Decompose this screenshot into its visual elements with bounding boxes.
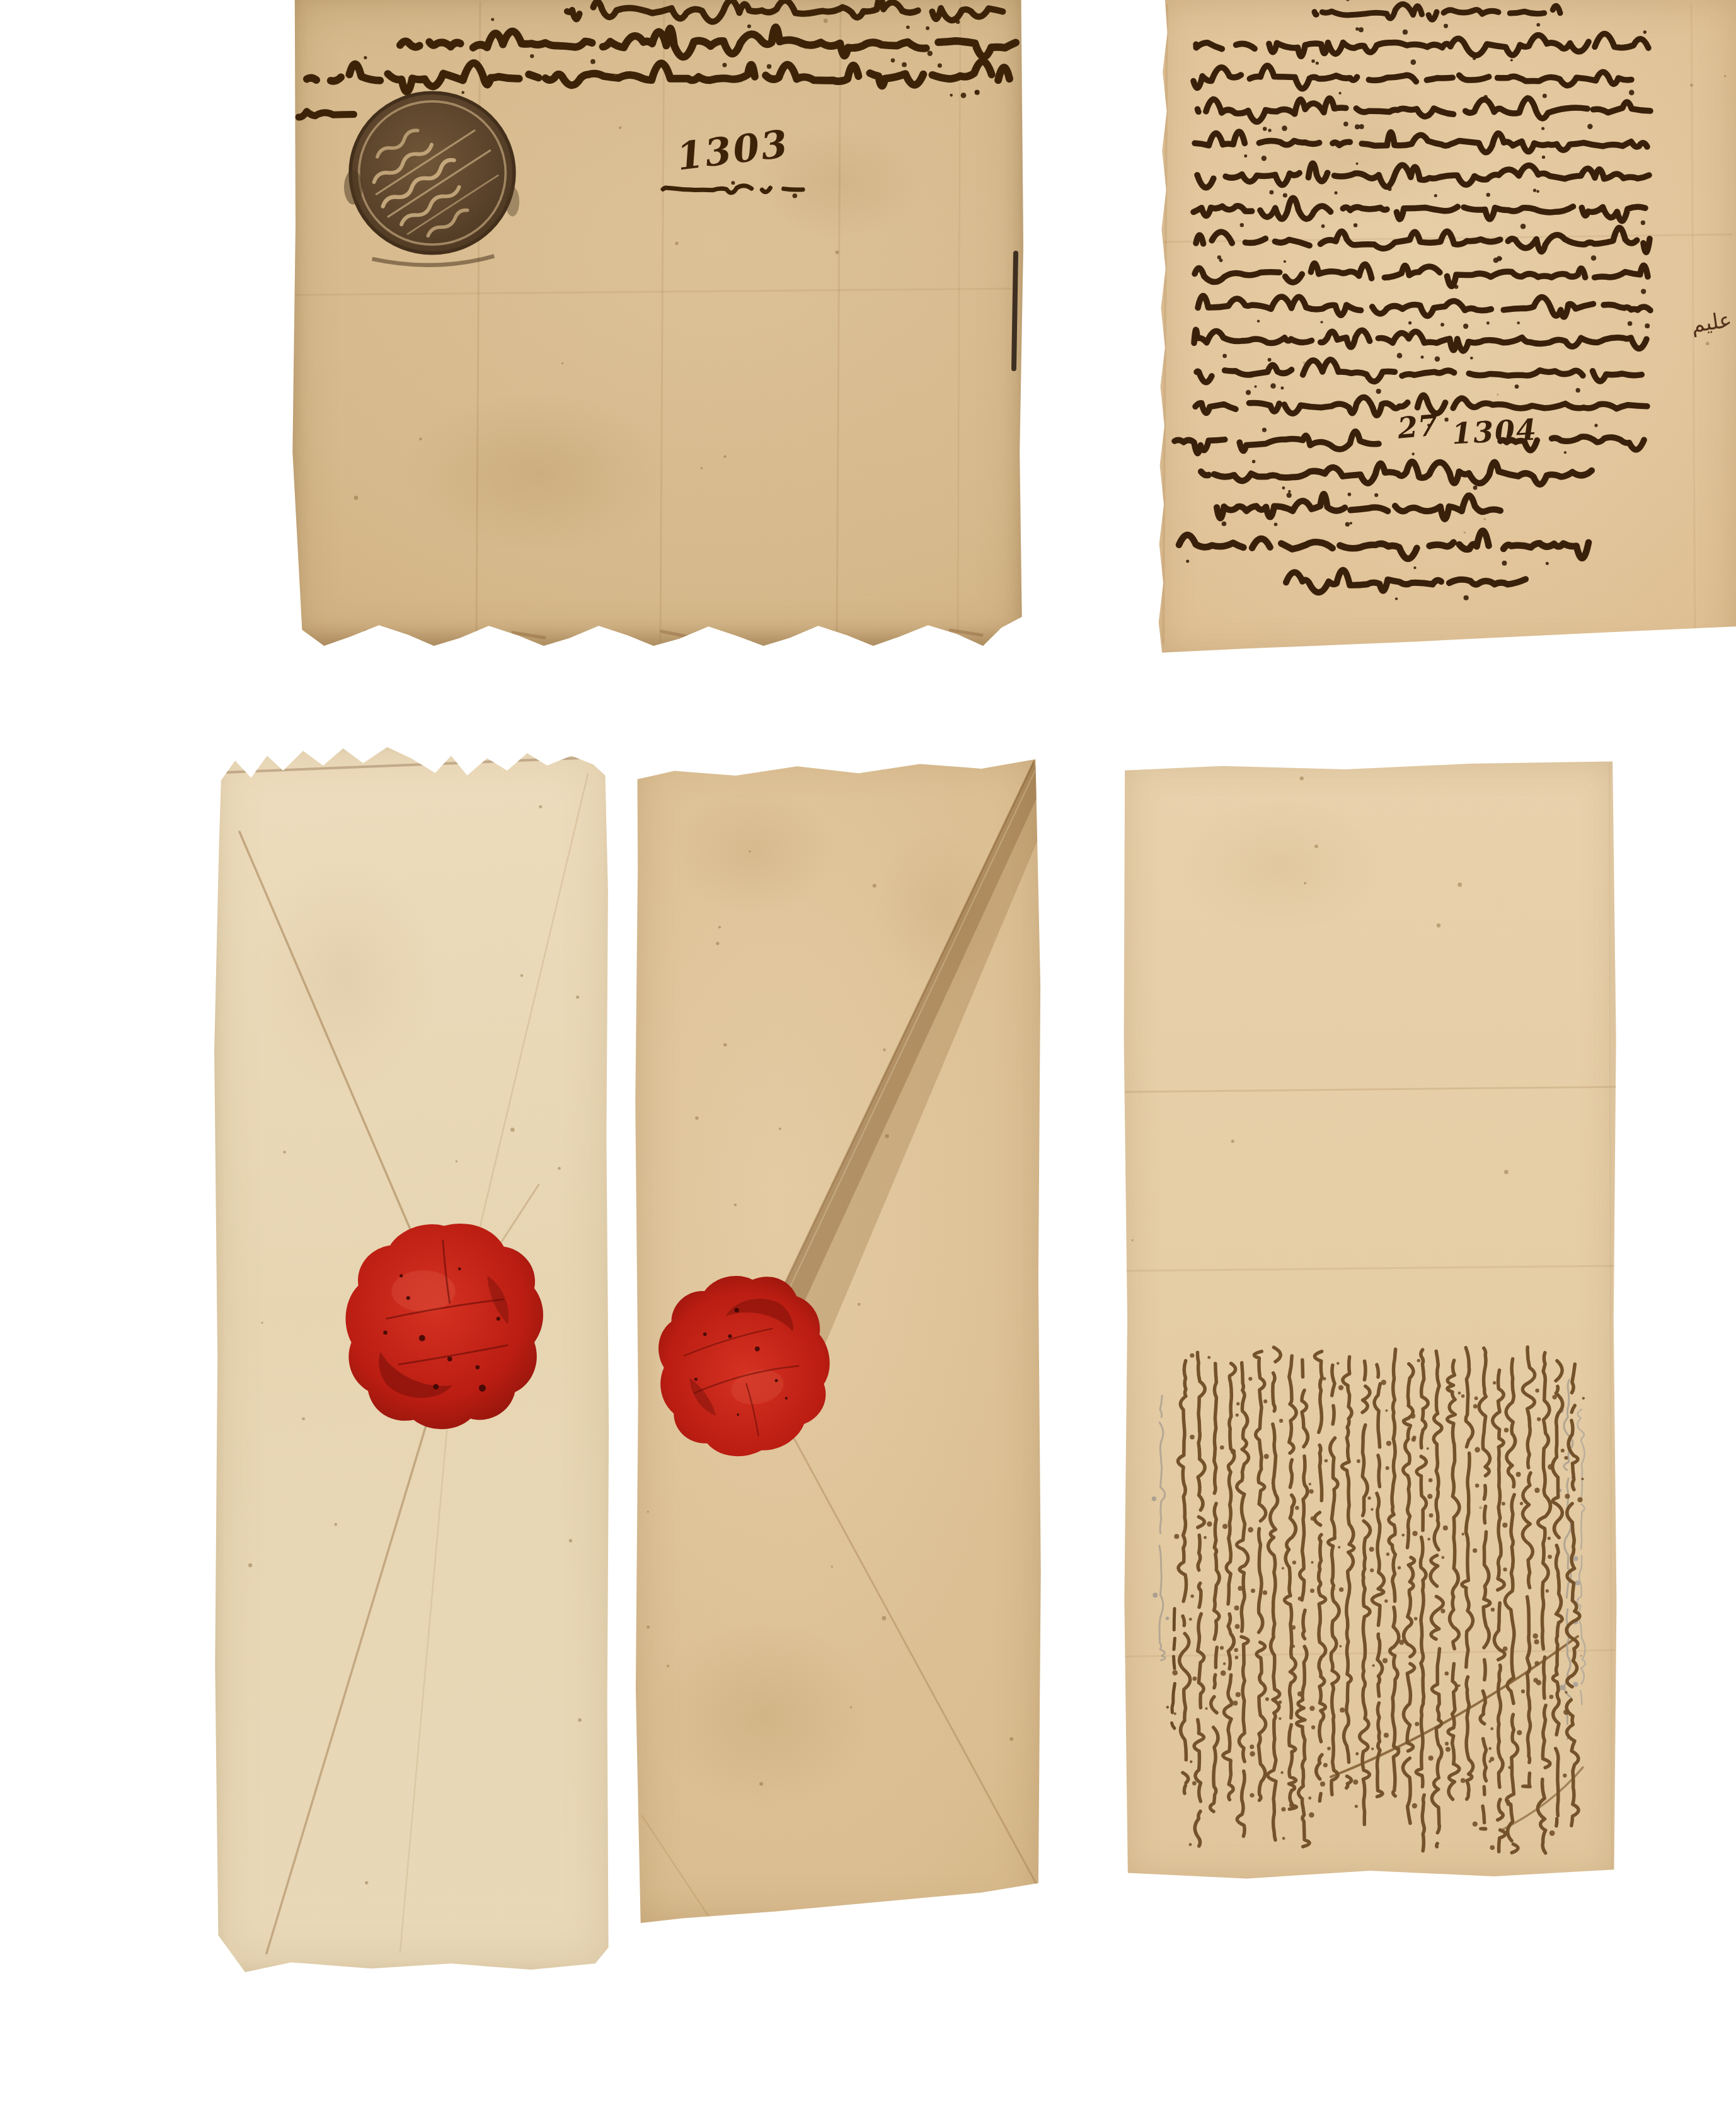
paper-stain [652,1621,879,1810]
ink-seal-stamp [340,88,524,277]
paper-stain [1180,797,1381,936]
seal-stamp-graphic [340,88,524,277]
date-day: 27 [1396,408,1439,445]
envelope-middle [633,751,1043,1923]
paper-stain [873,827,1011,990]
handwriting-layer [1157,0,1736,655]
date-year: 1304 [1451,412,1539,451]
wax-seal [647,1269,840,1462]
handwriting-layer [1123,759,1618,1881]
envelope-left [211,743,611,1972]
margin-note: عليم [1690,307,1733,338]
paper-stain [249,857,438,1096]
folded-letter-right [1123,759,1618,1881]
manuscripts-photo: 1303 27 1304 عليم [0,0,1736,2124]
letter-top-right: 27 1304 عليم [1157,0,1736,655]
paper-stain [671,789,835,915]
paper-stain [405,391,669,554]
paper-stain [1233,76,1472,227]
wax-seal [340,1215,548,1437]
letter-top-left: 1303 [291,0,1023,646]
